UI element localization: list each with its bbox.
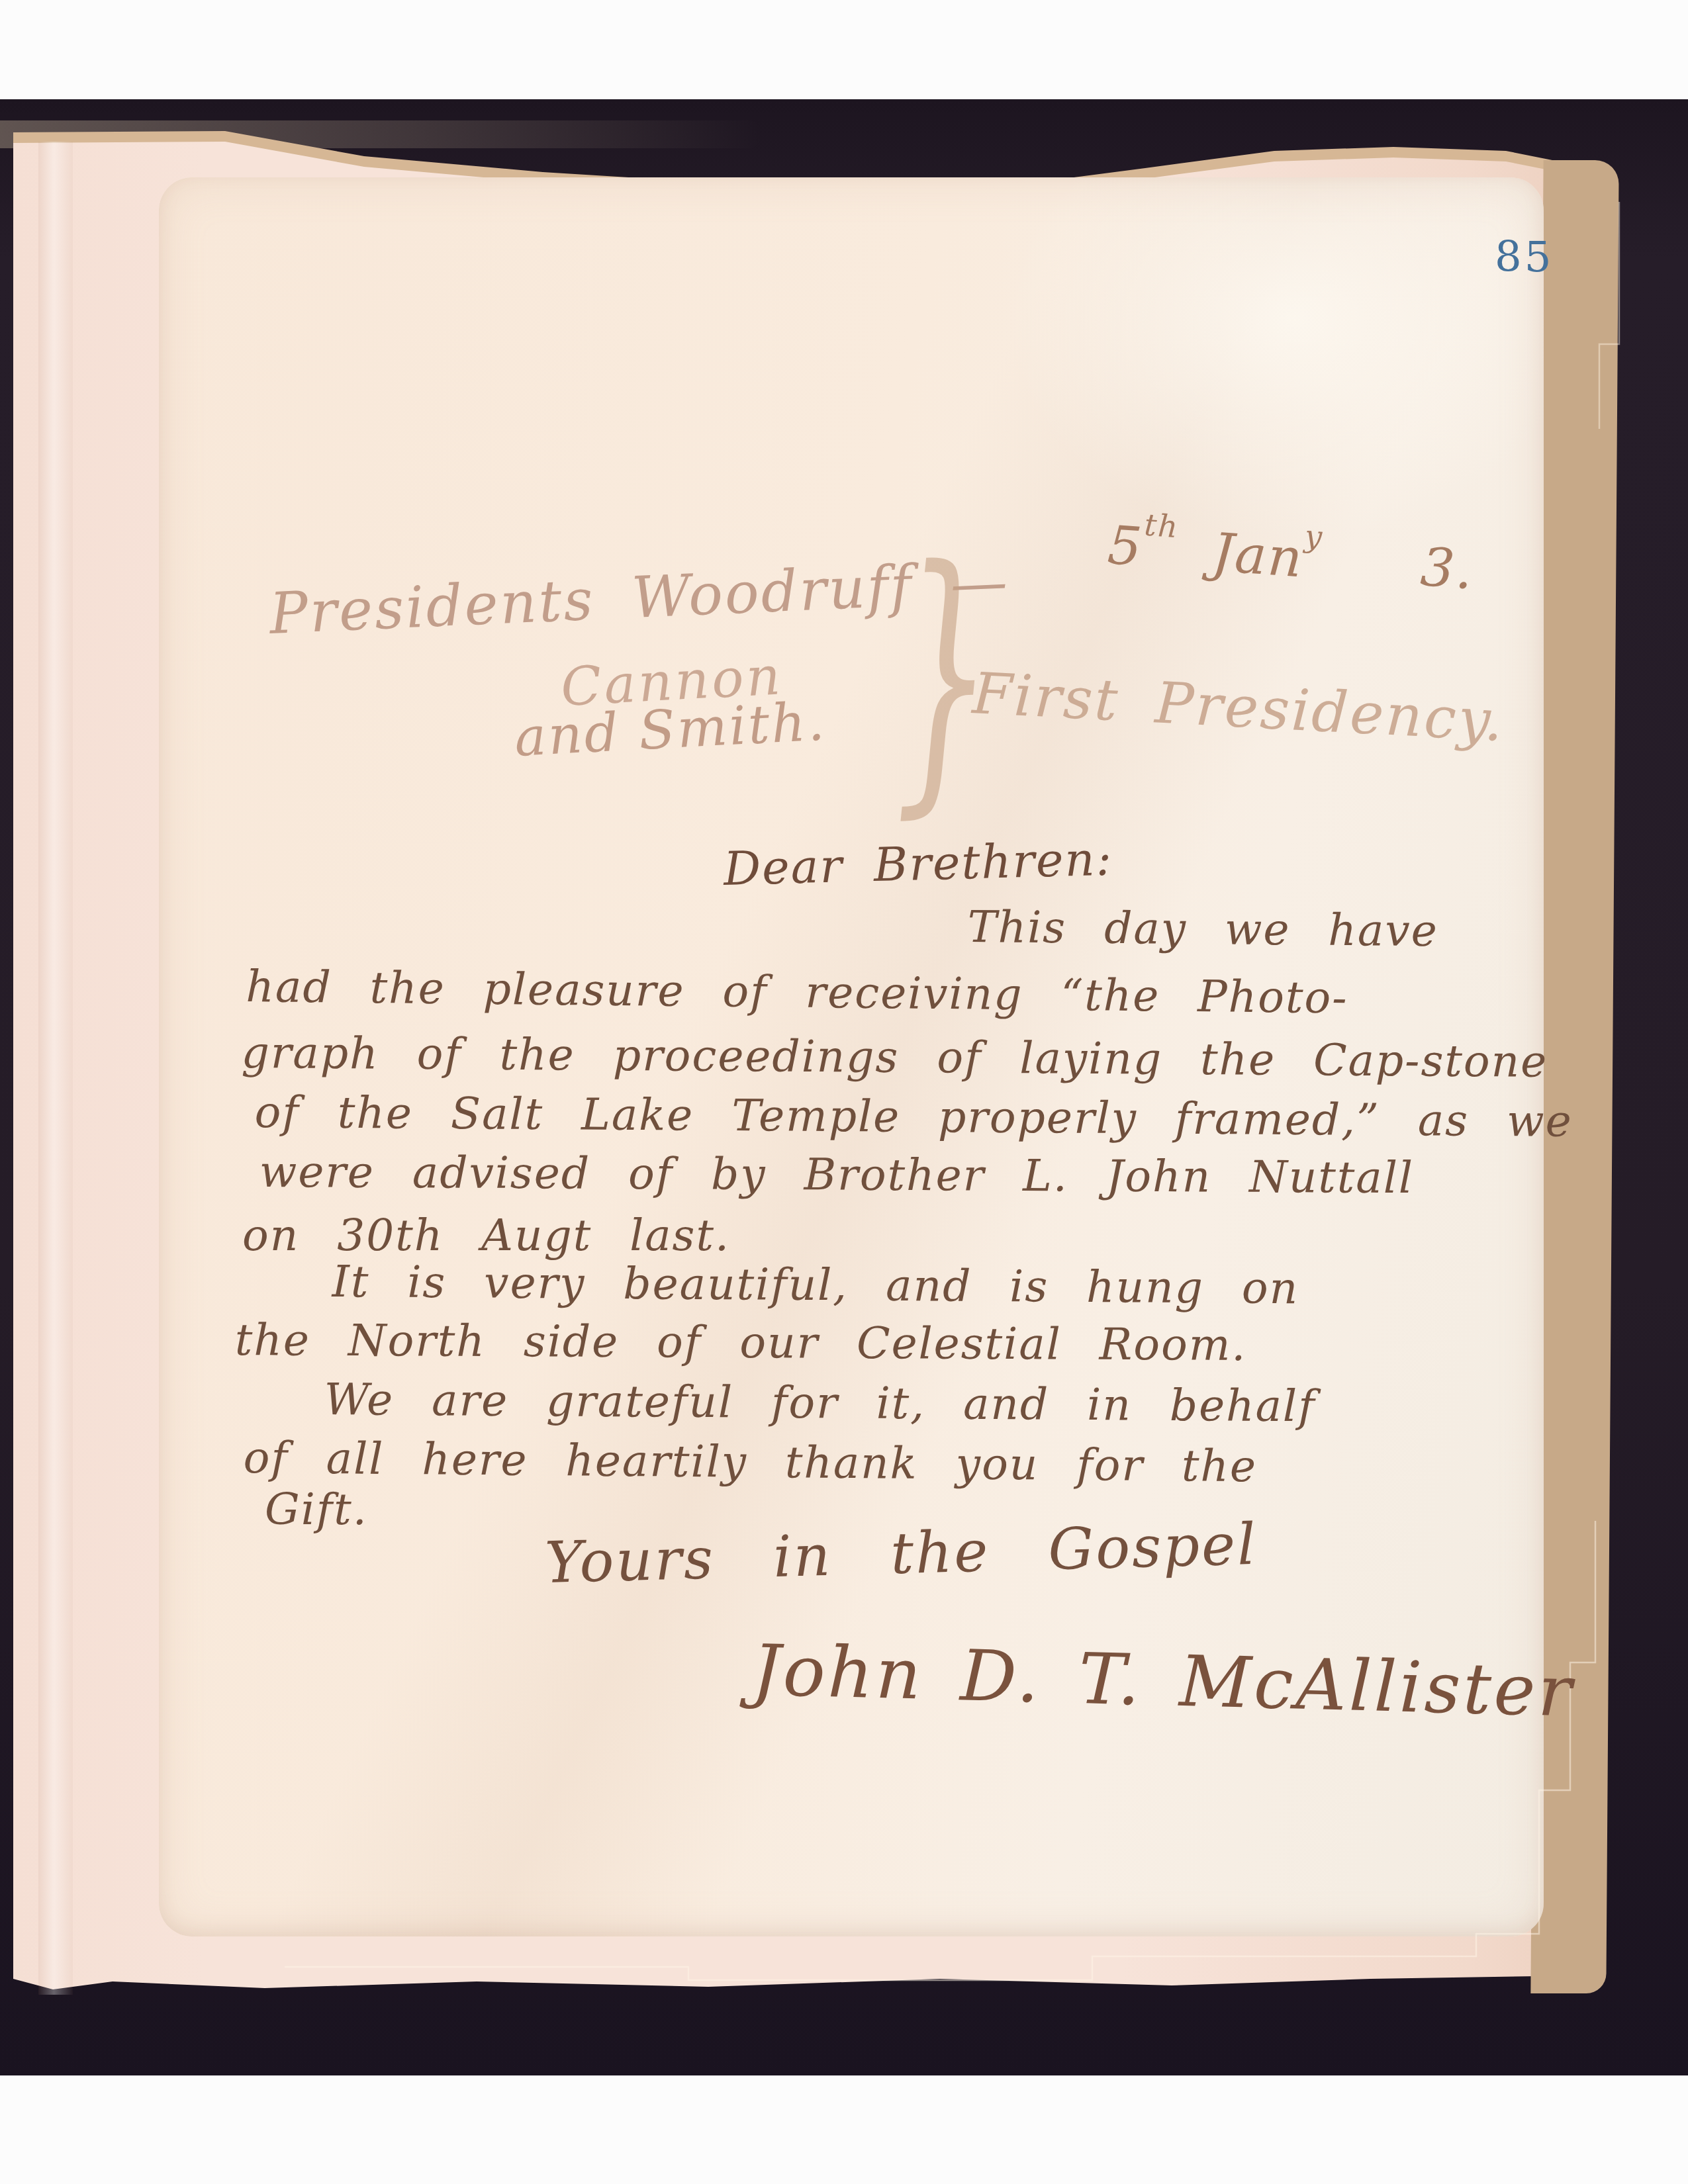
page-number: 85 <box>1495 233 1554 282</box>
letter-line: We are grateful for it, and in behalf <box>324 1374 1315 1432</box>
letter-line: on 30th Augt last. <box>242 1210 730 1261</box>
salutation: Dear Brethren: <box>723 832 1113 896</box>
letter-line: the North side of our Celestial Room. <box>235 1314 1247 1371</box>
letter-line: were advised of by Brother L. John Nutta… <box>259 1146 1415 1203</box>
date-month: Jan <box>1211 522 1305 589</box>
letter-line: This day we have <box>967 901 1438 956</box>
date-day-ordinal: th <box>1143 507 1180 545</box>
letter-line: Gift. <box>265 1484 368 1535</box>
letter-line: It is very beautiful, and is hung on <box>332 1256 1299 1314</box>
letter-line: of the Salt Lake Temple properly framed,… <box>254 1087 1572 1147</box>
date-day: 5 <box>1105 514 1145 578</box>
letter-line: graph of the proceedings of laying the C… <box>241 1027 1548 1087</box>
date-month-superscript: y <box>1303 518 1325 555</box>
date-year: 3. <box>1419 536 1476 601</box>
letter-line: of all here heartily thank you for the <box>243 1432 1257 1492</box>
